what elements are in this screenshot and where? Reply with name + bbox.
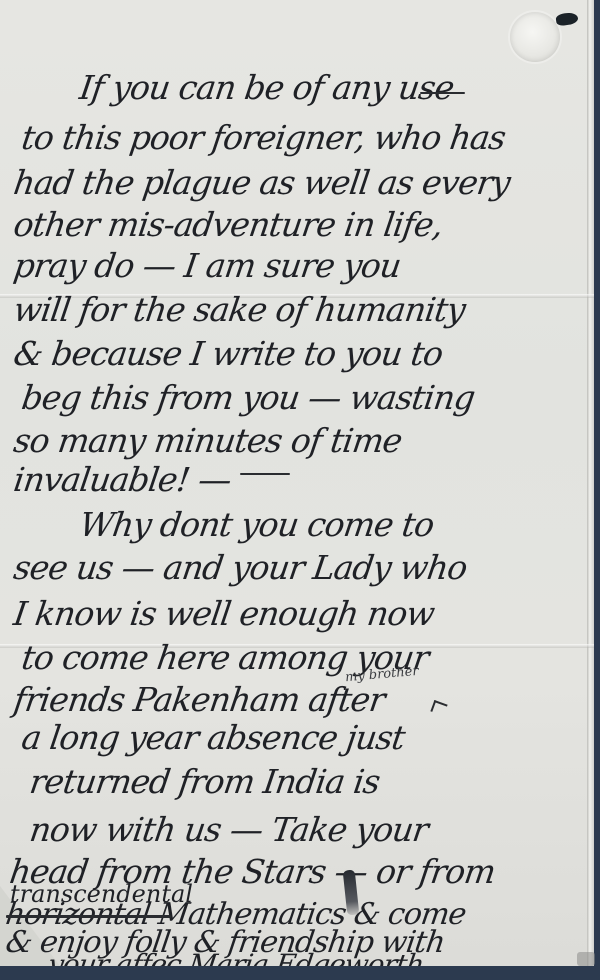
strikethrough-horizontal (6, 915, 171, 918)
line-flourish (420, 92, 465, 94)
letter-line-15: friends Pakenham after (11, 680, 387, 719)
insertion-caret-icon (430, 700, 447, 716)
letter-line-8: beg this from you — wasting (19, 378, 477, 417)
letter-line-16: a long year absence just (19, 718, 407, 757)
letter-line-9: so many minutes of time (11, 421, 404, 460)
letter-line-1: If you can be of any use (77, 68, 456, 107)
line-flourish (240, 473, 290, 475)
letter-line-17: returned from India is (27, 762, 382, 801)
letter-line-4: other mis-adventure in life, (11, 205, 445, 244)
embossed-seal-icon (510, 12, 560, 62)
paper-right-edge (587, 0, 594, 966)
letter-line-10: invaluable! — (11, 460, 233, 499)
letter-line-13: I know is well enough now (11, 594, 436, 633)
letter-line-11: Why dont you come to (77, 505, 436, 544)
letter-line-2: to this poor foreigner, who has (19, 118, 507, 157)
letter-page: If you can be of any use to this poor fo… (0, 0, 594, 966)
letter-line-7: & because I write to you to (11, 334, 445, 373)
letter-line-3: had the plague as well as every (11, 163, 512, 202)
archive-stamp-mark (577, 952, 595, 966)
letter-line-12: see us — and your Lady who (11, 548, 469, 587)
letter-line-18: now with us — Take your (27, 810, 430, 849)
letter-line-6: will for the sake of humanity (11, 290, 467, 329)
ink-blot (555, 12, 578, 27)
background-surface (0, 966, 600, 980)
letter-line-5: pray do — I am sure you (11, 246, 403, 285)
